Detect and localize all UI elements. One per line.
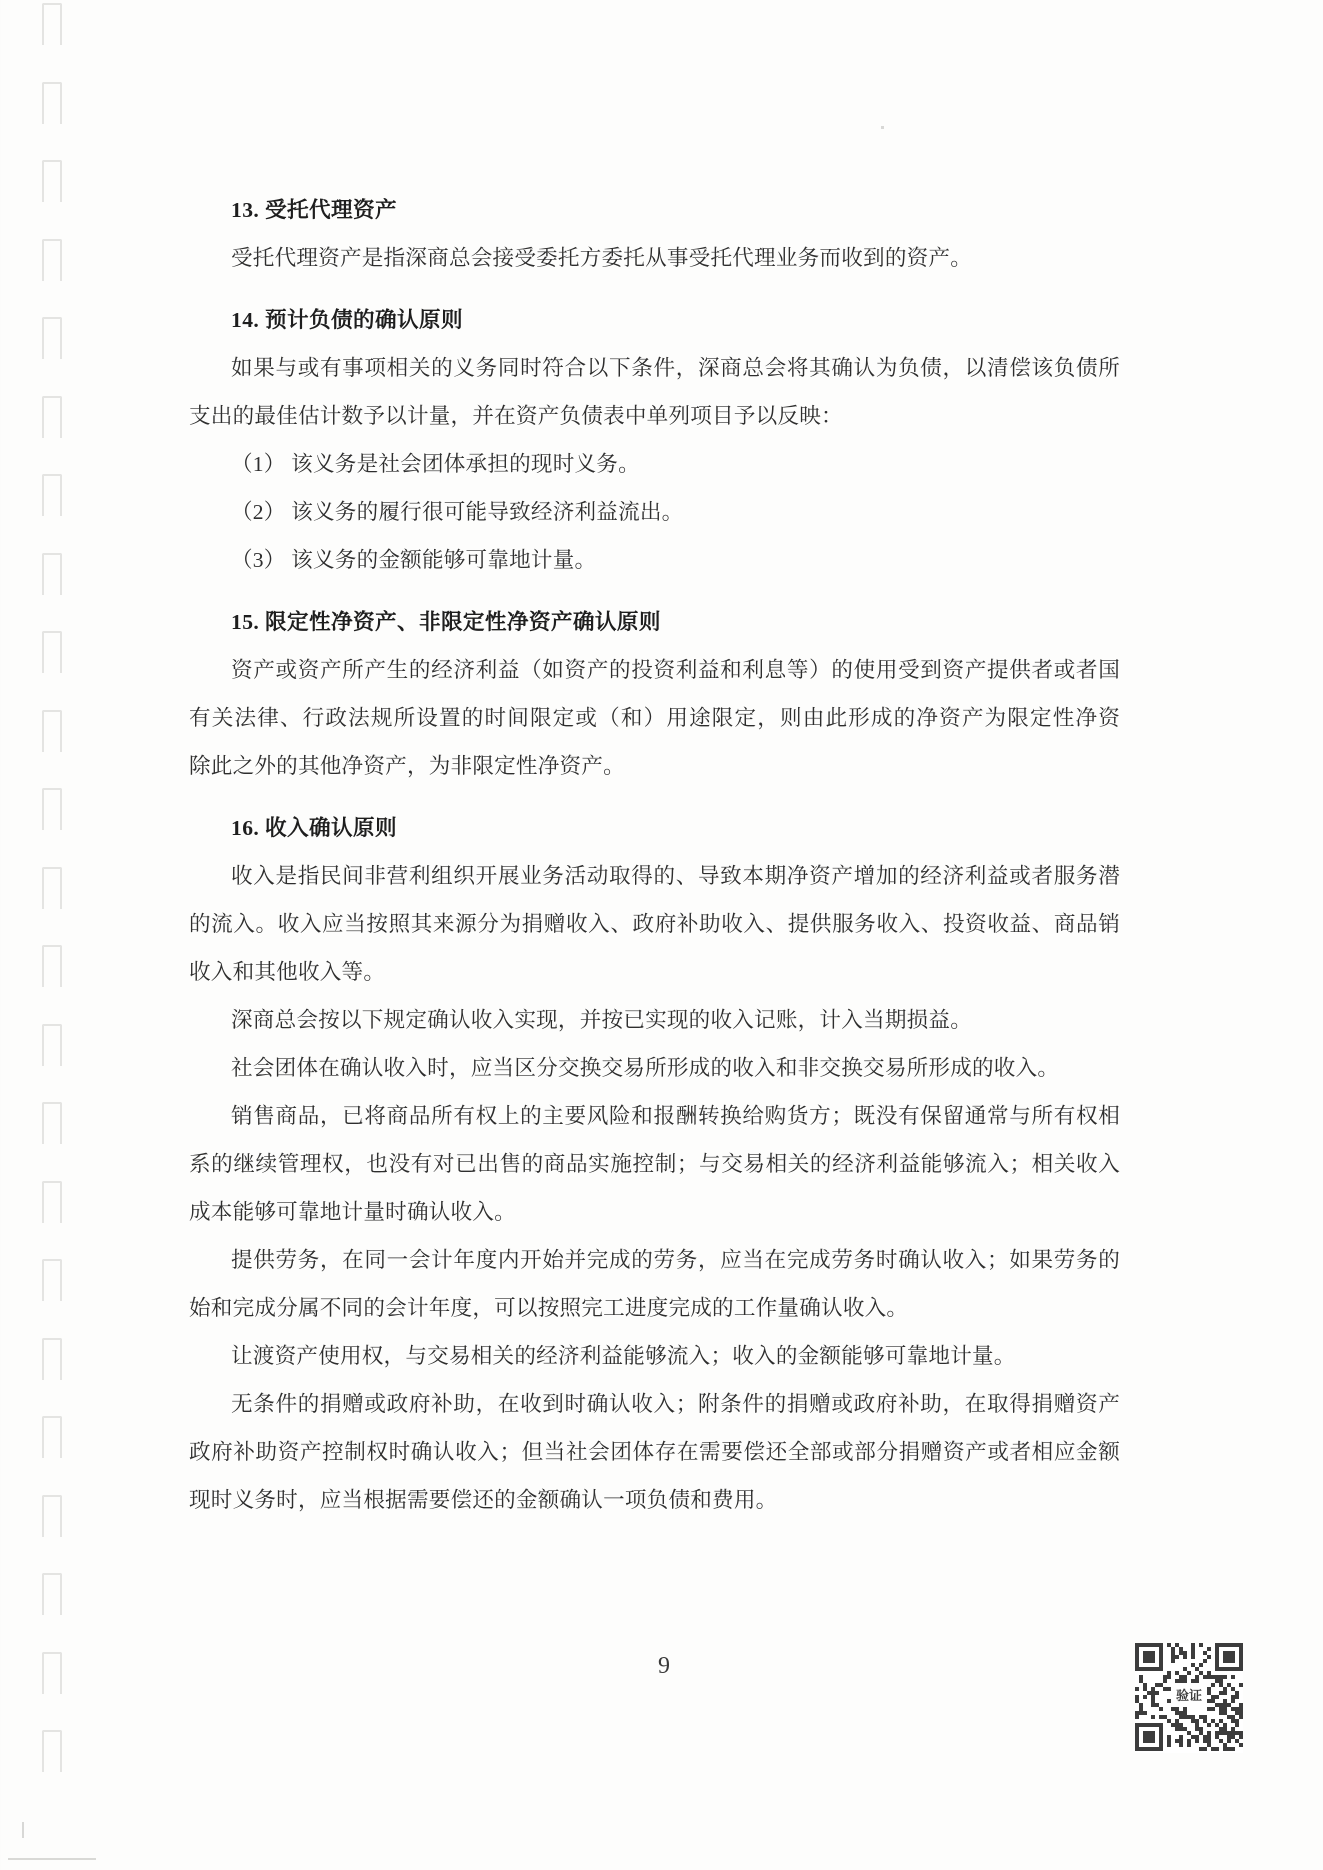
binding-hole-mark bbox=[42, 239, 62, 281]
binding-hole-mark bbox=[42, 867, 62, 909]
text-line: 的流入。收入应当按照其来源分为捐赠收入、政府补助收入、提供服务收入、投资收益、商… bbox=[189, 900, 1120, 948]
svg-text:验证: 验证 bbox=[1176, 1688, 1202, 1703]
page-number: 9 bbox=[646, 1653, 682, 1680]
binding-hole-mark bbox=[42, 474, 62, 516]
text-line: 成本能够可靠地计量时确认收入。 bbox=[189, 1188, 1120, 1236]
text-line: 收入是指民间非营利组织开展业务活动取得的、导致本期净资产增加的经济利益或者服务潜… bbox=[189, 852, 1120, 900]
qr-code: 验证 bbox=[1135, 1643, 1243, 1753]
text-line: 深商总会按以下规定确认收入实现，并按已实现的收入记账，计入当期损益。 bbox=[189, 996, 1120, 1044]
binding-hole-mark bbox=[42, 1652, 62, 1694]
binding-hole-mark bbox=[42, 3, 62, 45]
text-line: 始和完成分属不同的会计年度，可以按照完工进度完成的工作量确认收入。 bbox=[189, 1284, 1120, 1332]
section-heading: 15. 限定性净资产、非限定性净资产确认原则 bbox=[189, 598, 1120, 646]
text-line: 有关法律、行政法规所设置的时间限定或（和）用途限定，则由此形成的净资产为限定性净… bbox=[189, 694, 1120, 742]
text-line: 收入和其他收入等。 bbox=[189, 948, 1120, 996]
text-line: （1） 该义务是社会团体承担的现时义务。 bbox=[189, 440, 1120, 488]
section-heading: 13. 受托代理资产 bbox=[189, 186, 1120, 234]
binding-hole-mark bbox=[42, 1338, 62, 1380]
text-line: 政府补助资产控制权时确认收入；但当社会团体存在需要偿还全部或部分捐赠资产或者相应… bbox=[189, 1428, 1120, 1476]
binding-hole-mark bbox=[42, 788, 62, 830]
scan-smudge bbox=[8, 1858, 96, 1860]
binding-hole-mark bbox=[42, 1573, 62, 1615]
scan-speck bbox=[22, 1822, 24, 1838]
text-line: 除此之外的其他净资产，为非限定性净资产。 bbox=[189, 742, 1120, 790]
document-text-body: 13. 受托代理资产受托代理资产是指深商总会接受委托方委托从事受托代理业务而收到… bbox=[189, 0, 1120, 1524]
binding-hole-mark bbox=[42, 160, 62, 202]
text-line: 受托代理资产是指深商总会接受委托方委托从事受托代理业务而收到的资产。 bbox=[189, 234, 1120, 282]
binding-hole-mark bbox=[42, 710, 62, 752]
binding-hole-mark bbox=[42, 1259, 62, 1301]
binding-hole-mark bbox=[42, 1730, 62, 1772]
binding-hole-mark bbox=[42, 1102, 62, 1144]
text-line: 资产或资产所产生的经济利益（如资产的投资利益和利息等）的使用受到资产提供者或者国… bbox=[189, 646, 1120, 694]
scanned-document-page: 13. 受托代理资产受托代理资产是指深商总会接受委托方委托从事受托代理业务而收到… bbox=[0, 0, 1323, 1870]
text-line: （3） 该义务的金额能够可靠地计量。 bbox=[189, 536, 1120, 584]
binding-hole-mark bbox=[42, 631, 62, 673]
text-line: 销售商品，已将商品所有权上的主要风险和报酬转换给购货方；既没有保留通常与所有权相… bbox=[189, 1092, 1120, 1140]
binding-hole-mark bbox=[42, 553, 62, 595]
binding-hole-mark bbox=[42, 317, 62, 359]
text-line: 现时义务时，应当根据需要偿还的金额确认一项负债和费用。 bbox=[189, 1476, 1120, 1524]
text-line: 如果与或有事项相关的义务同时符合以下条件，深商总会将其确认为负债，以清偿该负债所… bbox=[189, 344, 1120, 392]
text-line: 系的继续管理权，也没有对已出售的商品实施控制；与交易相关的经济利益能够流入；相关… bbox=[189, 1140, 1120, 1188]
scan-speck bbox=[881, 126, 884, 129]
text-line: 提供劳务，在同一会计年度内开始并完成的劳务，应当在完成劳务时确认收入；如果劳务的… bbox=[189, 1236, 1120, 1284]
section-heading: 14. 预计负债的确认原则 bbox=[189, 296, 1120, 344]
binding-hole-mark bbox=[42, 396, 62, 438]
text-line: （2） 该义务的履行很可能导致经济利益流出。 bbox=[189, 488, 1120, 536]
binding-hole-mark bbox=[42, 1495, 62, 1537]
text-line: 让渡资产使用权，与交易相关的经济利益能够流入；收入的金额能够可靠地计量。 bbox=[189, 1332, 1120, 1380]
binding-hole-mark bbox=[42, 1416, 62, 1458]
text-line: 社会团体在确认收入时，应当区分交换交易所形成的收入和非交换交易所形成的收入。 bbox=[189, 1044, 1120, 1092]
binding-hole-mark bbox=[42, 82, 62, 124]
section-heading: 16. 收入确认原则 bbox=[189, 804, 1120, 852]
text-line: 支出的最佳估计数予以计量，并在资产负债表中单列项目予以反映： bbox=[189, 392, 1120, 440]
binding-hole-mark bbox=[42, 945, 62, 987]
binding-hole-mark bbox=[42, 1181, 62, 1223]
binding-hole-mark bbox=[42, 1024, 62, 1066]
text-line: 无条件的捐赠或政府补助，在收到时确认收入；附条件的捐赠或政府补助，在取得捐赠资产… bbox=[189, 1380, 1120, 1428]
